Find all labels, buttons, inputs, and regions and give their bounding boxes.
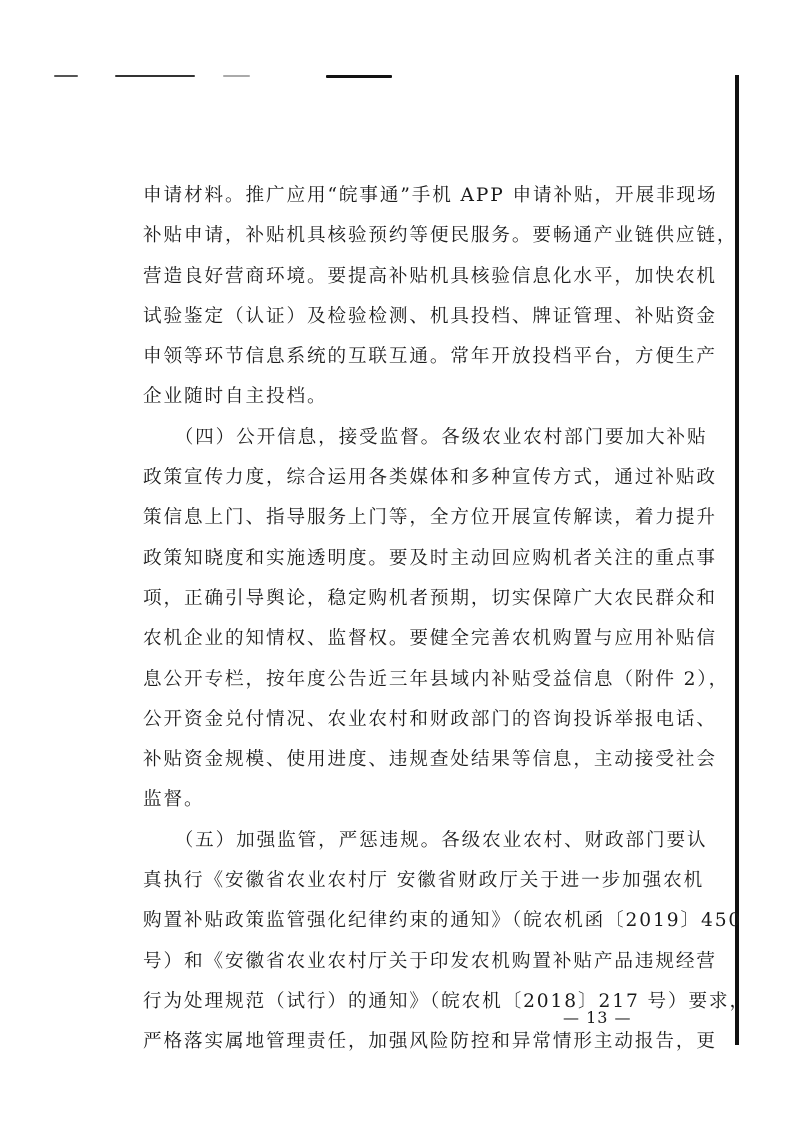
text-line: 企业随时自主投档。 bbox=[143, 381, 621, 421]
text-line: 补贴资金规模、使用进度、违规查处结果等信息，主动接受社会 bbox=[143, 744, 621, 784]
text-line: 申领等环节信息系统的互联互通。常年开放投档平台，方便生产 bbox=[143, 341, 621, 381]
text-line: 补贴申请，补贴机具核验预约等便民服务。要畅通产业链供应链， bbox=[143, 220, 621, 260]
text-line: 试验鉴定（认证）及检验检测、机具投档、牌证管理、补贴资金 bbox=[143, 301, 621, 341]
page-number: — 13 — bbox=[563, 1008, 632, 1027]
text-line: 营造良好营商环境。要提高补贴机具核验信息化水平，加快农机 bbox=[143, 261, 621, 301]
text-line: 购置补贴政策监管强化纪律约束的通知》（皖农机函〔2019〕450 bbox=[143, 905, 621, 945]
header-rule-mark bbox=[326, 75, 392, 78]
text-line: 真执行《安徽省农业农村厅 安徽省财政厅关于进一步加强农机 bbox=[143, 865, 621, 905]
text-line: 政策知晓度和实施透明度。要及时主动回应购机者关注的重点事 bbox=[143, 543, 621, 583]
header-rule-mark bbox=[223, 75, 250, 77]
text-line: 项，正确引导舆论，稳定购机者预期，切实保障广大农民群众和 bbox=[143, 583, 621, 623]
scan-edge-bar bbox=[735, 75, 739, 1045]
text-line: 严格落实属地管理责任，加强风险防控和异常情形主动报告，更 bbox=[143, 1026, 621, 1066]
text-line: （五）加强监管，严惩违规。各级农业农村、财政部门要认 bbox=[143, 825, 621, 865]
header-rule-mark bbox=[54, 75, 78, 77]
text-line: 申请材料。推广应用“皖事通”手机 APP 申请补贴，开展非现场 bbox=[143, 180, 621, 220]
text-line: 息公开专栏，按年度公告近三年县域内补贴受益信息（附件 2）， bbox=[143, 664, 621, 704]
text-line: 号）和《安徽省农业农村厅关于印发农机购置补贴产品违规经营 bbox=[143, 946, 621, 986]
text-line: 行为处理规范（试行）的通知》（皖农机〔2018〕217 号）要求， bbox=[143, 986, 621, 1026]
text-line: 公开资金兑付情况、农业农村和财政部门的咨询投诉举报电话、 bbox=[143, 704, 621, 744]
text-line: 监督。 bbox=[143, 784, 621, 824]
text-line: 策信息上门、指导服务上门等，全方位开展宣传解读，着力提升 bbox=[143, 502, 621, 542]
text-line: 政策宣传力度，综合运用各类媒体和多种宣传方式，通过补贴政 bbox=[143, 462, 621, 502]
text-line: 农机企业的知情权、监督权。要健全完善农机购置与应用补贴信 bbox=[143, 623, 621, 663]
document-body: 申请材料。推广应用“皖事通”手机 APP 申请补贴，开展非现场补贴申请，补贴机具… bbox=[143, 180, 621, 1067]
header-rule-mark bbox=[115, 75, 195, 77]
text-line: （四）公开信息，接受监督。各级农业农村部门要加大补贴 bbox=[143, 422, 621, 462]
